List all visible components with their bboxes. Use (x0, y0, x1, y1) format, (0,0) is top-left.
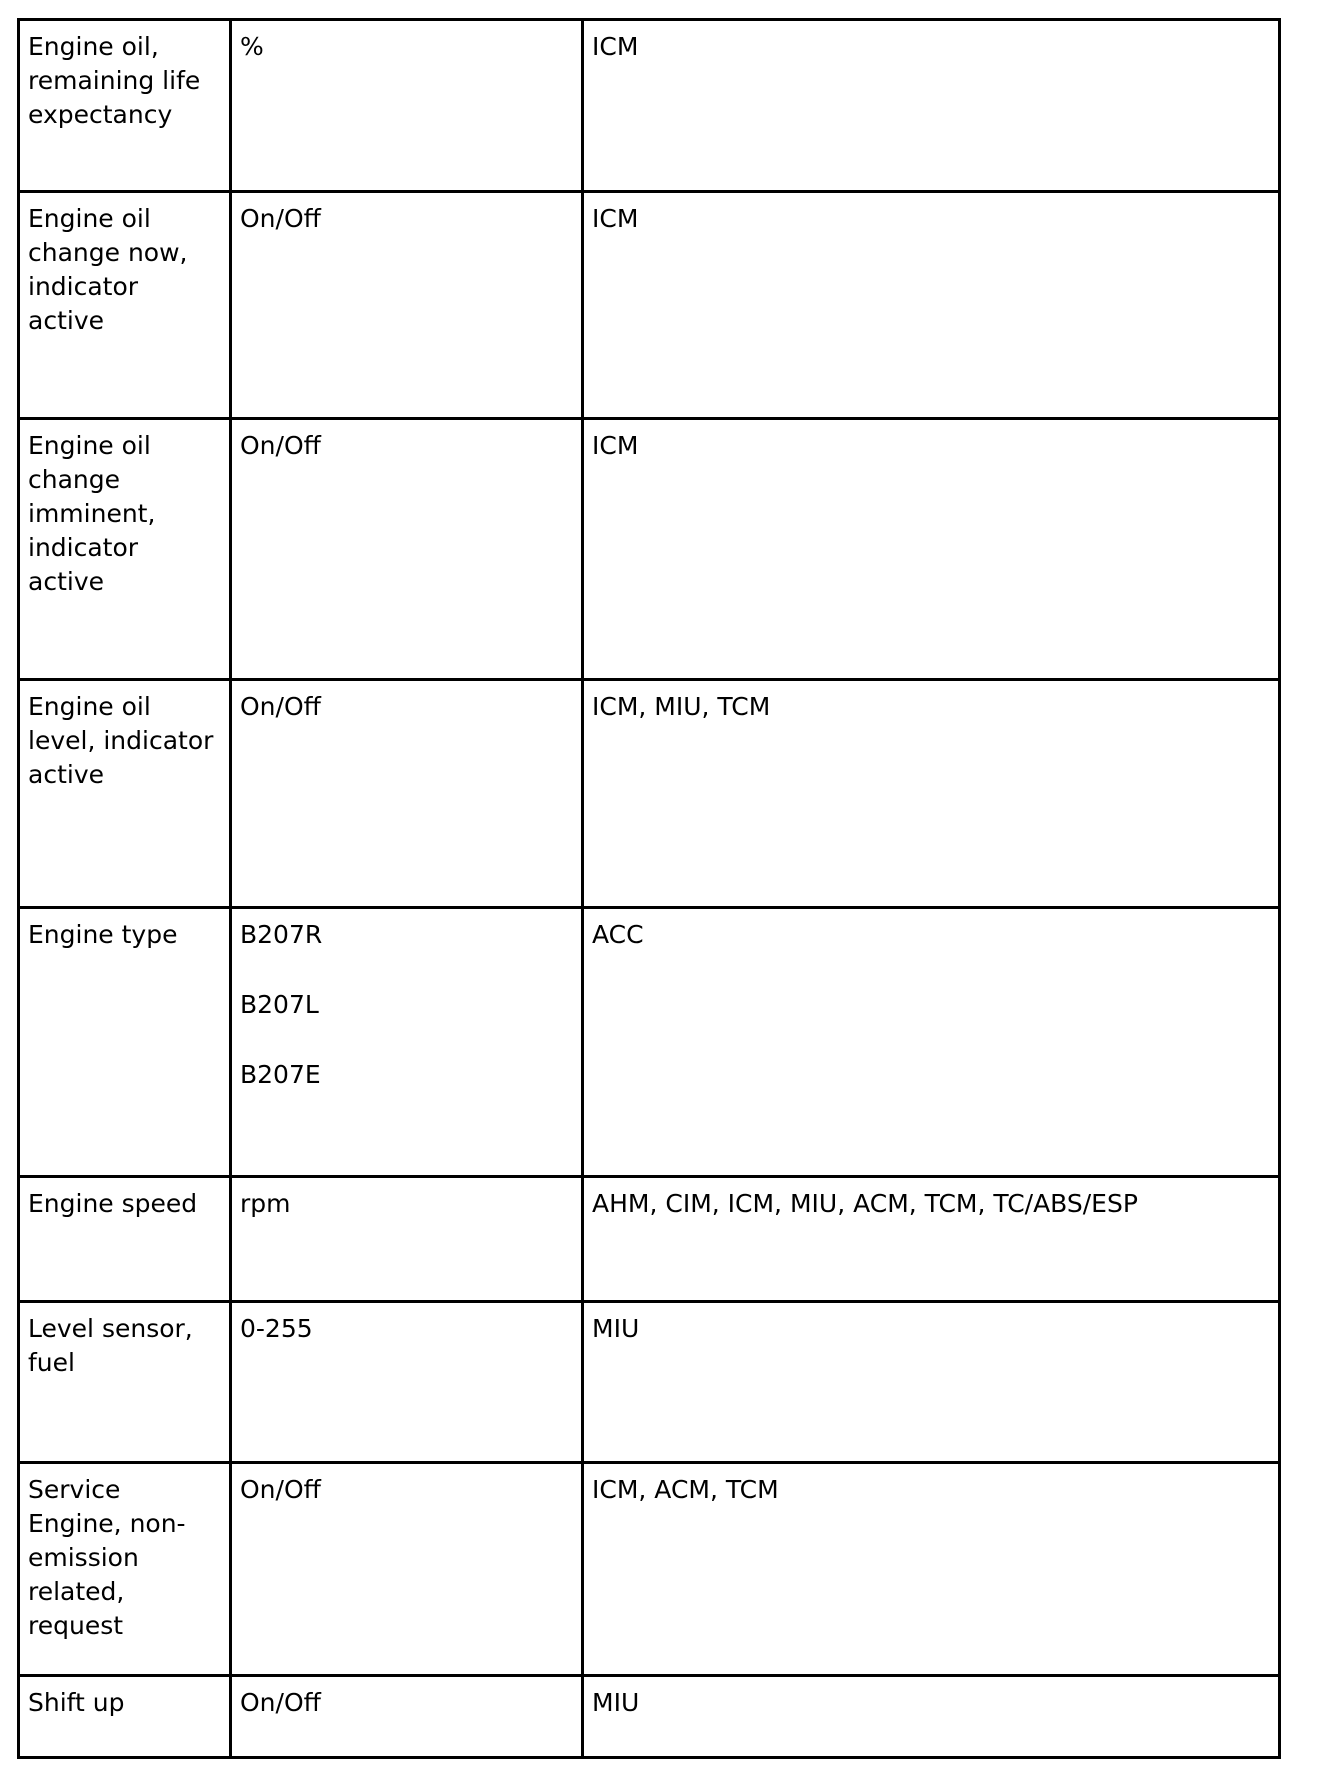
value-text: B207L (240, 988, 573, 1022)
value-text: B207E (240, 1058, 573, 1092)
table-row: Engine oil change imminent, indicator ac… (19, 419, 1280, 680)
modules-cell: ICM (583, 20, 1280, 192)
value-text: On/Off (240, 690, 573, 724)
modules-cell: ICM, MIU, TCM (583, 680, 1280, 908)
signal-name-cell: Engine oil change now, indicator active (19, 192, 231, 419)
modules-cell: ICM (583, 419, 1280, 680)
value-text: On/Off (240, 429, 573, 463)
table-row: Engine oil change now, indicator active … (19, 192, 1280, 419)
signal-name-cell: Engine oil change imminent, indicator ac… (19, 419, 231, 680)
signal-name-cell: Engine type (19, 908, 231, 1177)
value-cell: % (231, 20, 583, 192)
value-cell: rpm (231, 1177, 583, 1302)
value-cell: B207R B207L B207E (231, 908, 583, 1177)
signal-table: Engine oil, remaining life expectancy % … (17, 18, 1281, 1759)
value-cell: On/Off (231, 1463, 583, 1676)
value-text: rpm (240, 1187, 573, 1221)
modules-cell: MIU (583, 1676, 1280, 1758)
modules-cell: ICM (583, 192, 1280, 419)
modules-cell: ACC (583, 908, 1280, 1177)
value-text: 0-255 (240, 1312, 573, 1346)
modules-cell: AHM, CIM, ICM, MIU, ACM, TCM, TC/ABS/ESP (583, 1177, 1280, 1302)
value-text: B207R (240, 918, 573, 952)
table-row: Engine oil, remaining life expectancy % … (19, 20, 1280, 192)
value-cell: 0-255 (231, 1302, 583, 1463)
value-text: On/Off (240, 202, 573, 236)
value-cell: On/Off (231, 680, 583, 908)
table-row: Shift up On/Off MIU (19, 1676, 1280, 1758)
value-cell: On/Off (231, 192, 583, 419)
table-row: Engine oil level, indicator active On/Of… (19, 680, 1280, 908)
signal-name-cell: Engine oil level, indicator active (19, 680, 231, 908)
table-row: Engine speed rpm AHM, CIM, ICM, MIU, ACM… (19, 1177, 1280, 1302)
value-text: On/Off (240, 1686, 573, 1720)
signal-name-cell: Shift up (19, 1676, 231, 1758)
table-row: Level sensor, fuel 0-255 MIU (19, 1302, 1280, 1463)
modules-cell: MIU (583, 1302, 1280, 1463)
table-row: Service Engine, non-emission related, re… (19, 1463, 1280, 1676)
signal-name-cell: Engine oil, remaining life expectancy (19, 20, 231, 192)
value-text: % (240, 30, 573, 64)
signal-name-cell: Service Engine, non-emission related, re… (19, 1463, 231, 1676)
value-cell: On/Off (231, 419, 583, 680)
value-cell: On/Off (231, 1676, 583, 1758)
table-row: Engine type B207R B207L B207E ACC (19, 908, 1280, 1177)
value-text: On/Off (240, 1473, 573, 1507)
signal-name-cell: Engine speed (19, 1177, 231, 1302)
signal-name-cell: Level sensor, fuel (19, 1302, 231, 1463)
modules-cell: ICM, ACM, TCM (583, 1463, 1280, 1676)
